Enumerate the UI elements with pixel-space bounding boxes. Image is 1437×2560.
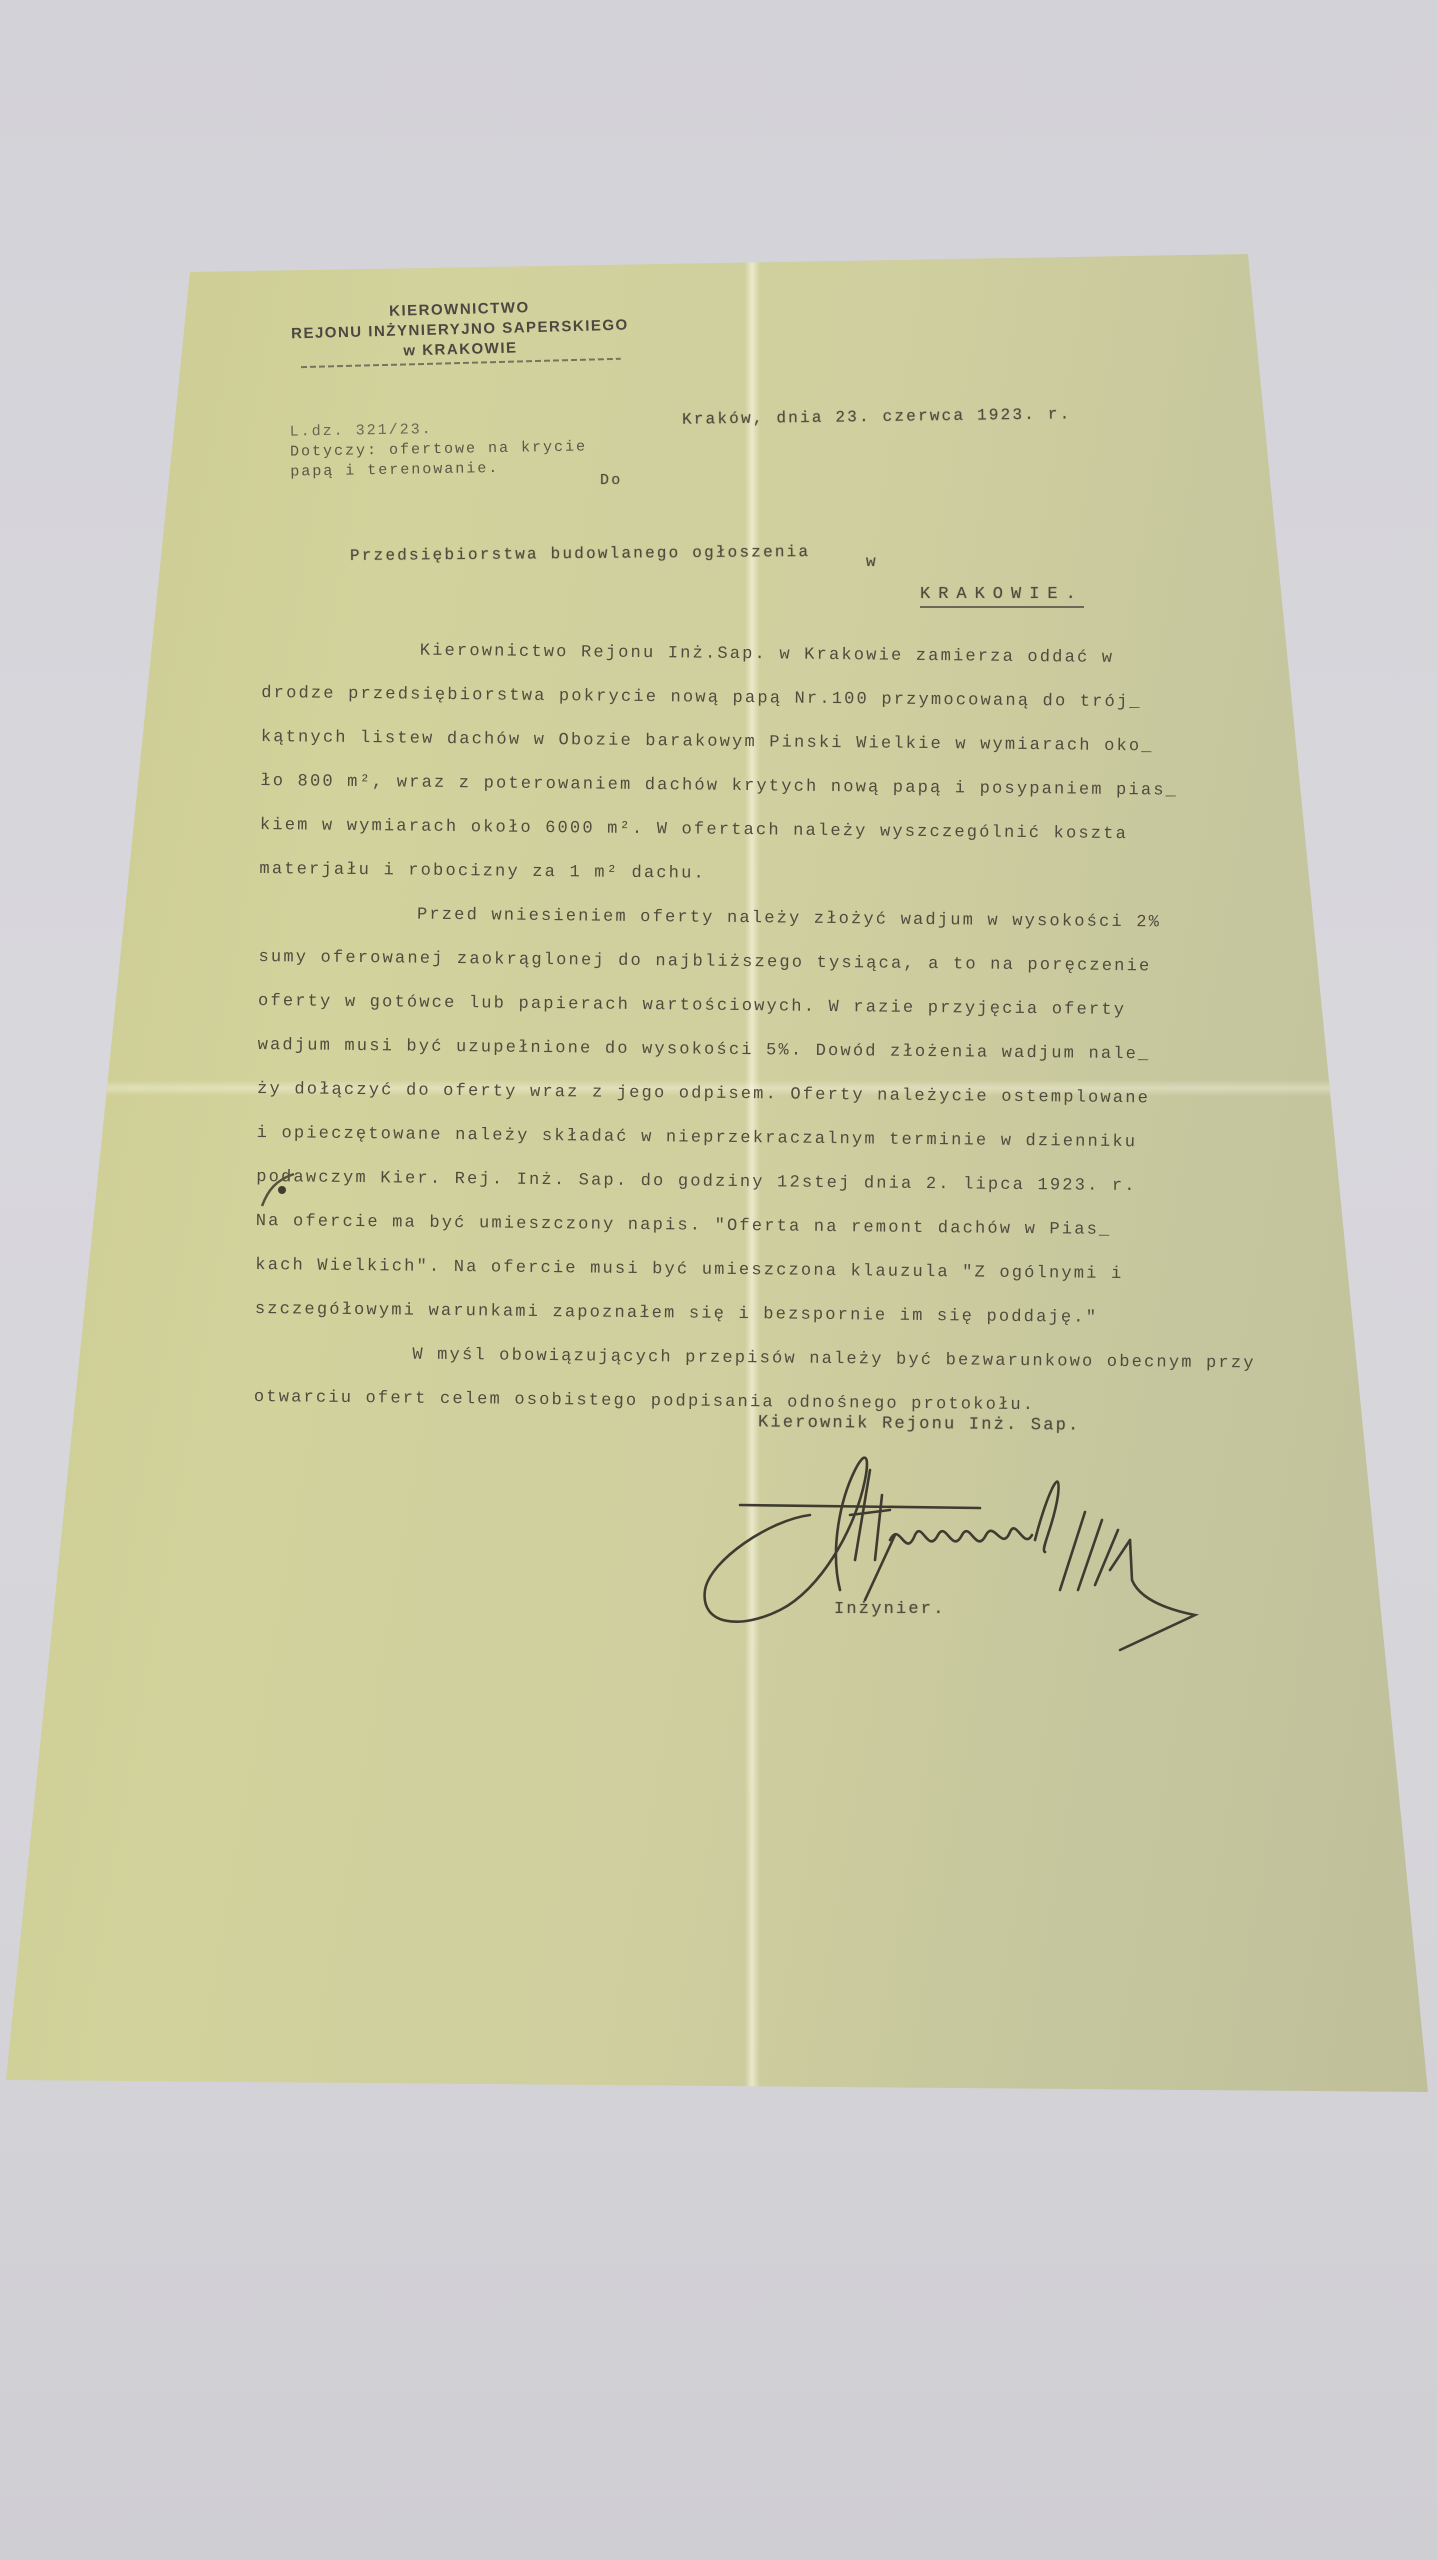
addressee-preposition: w bbox=[866, 553, 878, 571]
signature-icon bbox=[690, 1440, 1210, 1670]
signatory-title: Inżynier. bbox=[834, 1600, 946, 1619]
reference-block: L.dz. 321/23. Dotyczy: ofertowe na kryci… bbox=[289, 417, 587, 482]
letter-body: Kierownictwo Rejonu Inż.Sap. w Krakowie … bbox=[254, 628, 1322, 1431]
to-label: Do bbox=[600, 472, 622, 489]
letterhead: KIEROWNICTWO REJONU INŻYNIERYJNO SAPERSK… bbox=[269, 295, 651, 369]
signoff: Kierownik Rejonu Inż. Sap. bbox=[758, 1413, 1081, 1435]
ink-check-mark-icon bbox=[258, 1170, 298, 1210]
city: KRAKOWIE. bbox=[920, 585, 1084, 608]
